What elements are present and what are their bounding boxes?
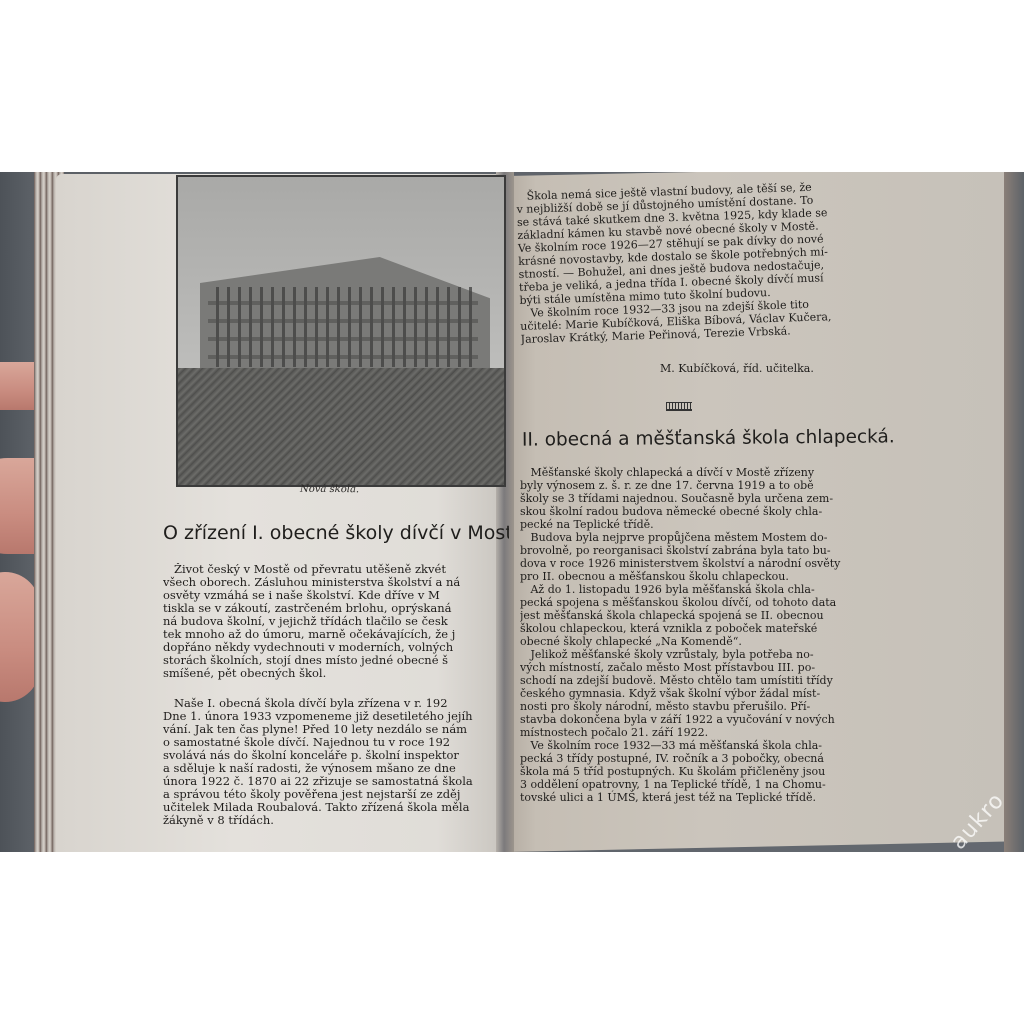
right-paragraph-2: Měšťanské školy chlapecká a dívčí v Most… (520, 466, 900, 804)
right-page-edge (1004, 172, 1024, 852)
left-paragraph-1: Život český v Mostě od převratu utěšeně … (163, 563, 509, 680)
figure-caption: Nová škola. (300, 484, 359, 496)
photo-ground (178, 368, 504, 485)
left-paragraph-2: Naše I. obecná škola dívčí byla zřízena … (163, 697, 509, 827)
school-building-photo (176, 175, 506, 487)
building-windows (208, 287, 478, 367)
right-heading: II. obecná a měšťanská škola chlapecká. (522, 426, 895, 450)
ornament-divider (666, 402, 692, 411)
left-heading: O zřízení I. obecné školy dívčí v Most (163, 522, 509, 544)
signature: M. Kubíčková, říd. učitelka. (660, 362, 814, 375)
right-paragraph-1: Škola nemá sice ještě vlastní budovy, al… (516, 178, 901, 346)
